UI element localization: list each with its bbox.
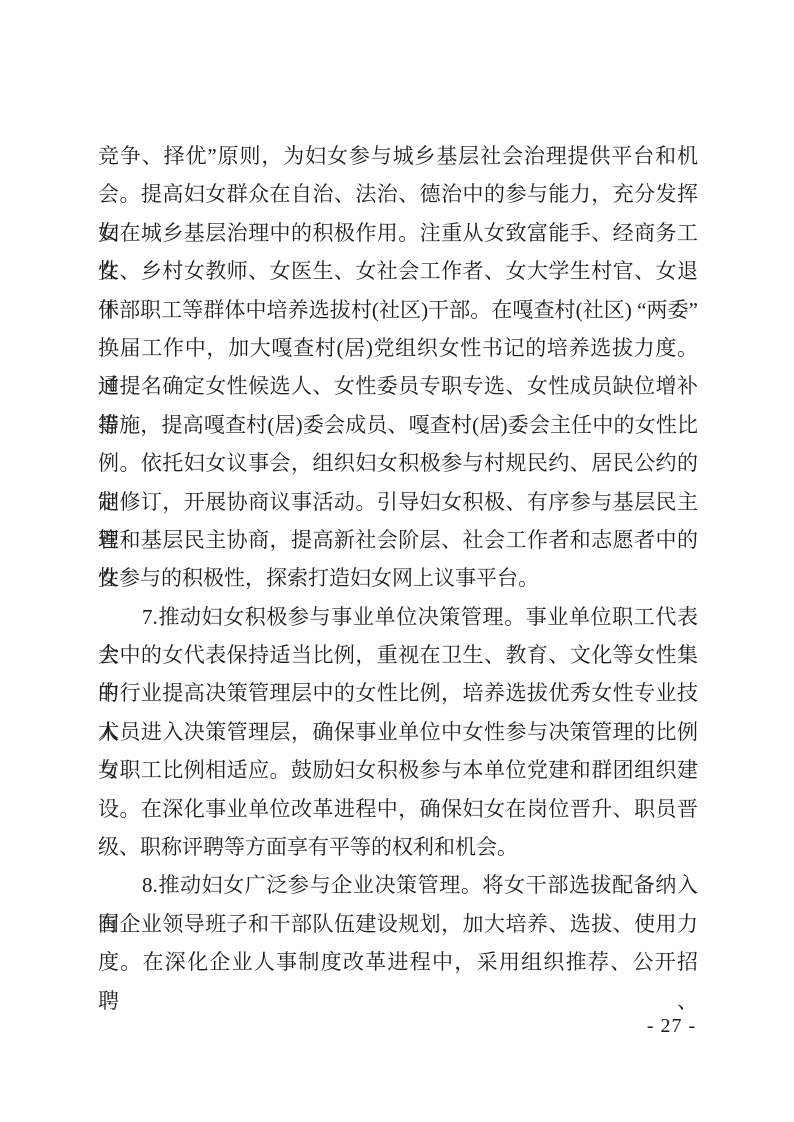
text-line: 会。提高妇女群众在自治、法治、德治中的参与能力，充分发挥妇 (98, 175, 698, 213)
text-line-paragraph-start: 8.推动妇女广泛参与企业决策管理。将女干部选拔配备纳入国 (98, 866, 698, 904)
page-number: - 27 - (604, 1012, 739, 1040)
text-line: 干部职工等群体中培养选拔村(社区)干部。在嘎查村(社区) “两委” (98, 291, 698, 329)
document-body-text: 竞争、择优”原则，为妇女参与城乡基层社会治理提供平台和机 会。提高妇女群众在自治… (98, 137, 698, 982)
text-line: 性、乡村女教师、女医生、女社会工作者、女大学生村官、女退休 (98, 252, 698, 290)
text-line: 例。依托妇女议事会，组织妇女积极参与村规民约、居民公约的制 (98, 444, 698, 482)
text-line: 过提名确定女性候选人、女性委员专职专选、女性成员缺位增补等 (98, 367, 698, 405)
text-line: 女在城乡基层治理中的积极作用。注重从女致富能手、经商务工女 (98, 214, 698, 252)
text-line: 理和基层民主协商，提高新社会阶层、社会工作者和志愿者中的女 (98, 521, 698, 559)
text-line: 会中的女代表保持适当比例，重视在卫生、教育、文化等女性集中 (98, 636, 698, 674)
text-line: 有企业领导班子和干部队伍建设规划，加大培养、选拔、使用力 (98, 905, 698, 943)
text-line: 措施，提高嘎查村(居)委会成员、嘎查村(居)委会主任中的女性比 (98, 406, 698, 444)
text-line: 人员进入决策管理层，确保事业单位中女性参与决策管理的比例与 (98, 713, 698, 751)
text-line: 设。在深化事业单位改革进程中，确保妇女在岗位晋升、职员晋 (98, 790, 698, 828)
text-line: 换届工作中，加大嘎查村(居)党组织女性书记的培养选拔力度。通 (98, 329, 698, 367)
text-line-paragraph-end: 级、职称评聘等方面享有平等的权利和机会。 (98, 828, 698, 866)
text-line: 竞争、择优”原则，为妇女参与城乡基层社会治理提供平台和机 (98, 137, 698, 175)
text-line-paragraph-start: 7.推动妇女积极参与事业单位决策管理。事业单位职工代表大 (98, 598, 698, 636)
document-page: 竞争、择优”原则，为妇女参与城乡基层社会治理提供平台和机 会。提高妇女群众在自治… (0, 0, 794, 1122)
text-line: 度。在深化企业人事制度改革进程中，采用组织推荐、公开招聘、 (98, 943, 698, 981)
text-line: 女职工比例相适应。鼓励妇女积极参与本单位党建和群团组织建 (98, 751, 698, 789)
text-line-paragraph-end: 性参与的积极性，探索打造妇女网上议事平台。 (98, 559, 698, 597)
text-line: 的行业提高决策管理层中的女性比例，培养选拔优秀女性专业技术 (98, 674, 698, 712)
text-line: 定修订，开展协商议事活动。引导妇女积极、有序参与基层民主管 (98, 483, 698, 521)
